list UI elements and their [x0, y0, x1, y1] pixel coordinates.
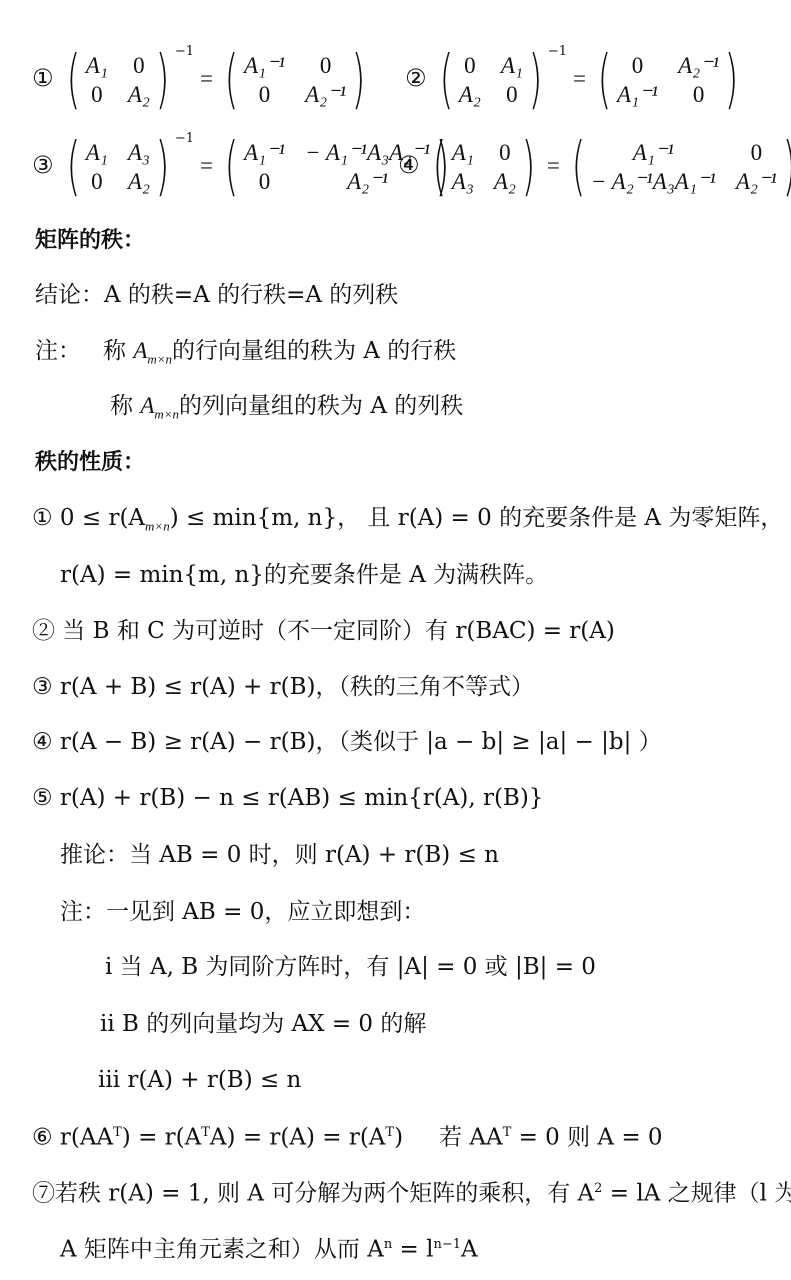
formula-2: ② ( 0A₁ A₂0 )−1=( 0A₂⁻¹ A₁⁻¹0 ): [405, 48, 744, 112]
formula-3: ③ ( A₁A₃ 0A₂ )−1=( A₁⁻¹− A₁⁻¹A₃A₂⁻¹ 0A₂⁻…: [32, 135, 455, 199]
property-1: ① 0 ≤ r(Am×n) ≤ min{m, n}， 且 r(A) = 0 的充…: [32, 507, 783, 533]
note-item-iii: iii r(A) + r(B) ≤ n: [98, 1069, 301, 1092]
note-item-i: i 当 A, B 为同阶方阵时，有 |A| = 0 或 |B| = 0: [105, 956, 596, 979]
matrix: ( A₁0 0A₂ ): [61, 48, 175, 112]
property-2: ② 当 B 和 C 为可逆时（不一定同阶）有 r(BAC) = r(A): [32, 620, 615, 643]
property-6: ⑥ r(AAT) = r(ATA) = r(A) = r(AT)若 AAT = …: [32, 1126, 663, 1150]
rank-note-2: 称 Am×n的列向量组的秩为 A 的列秩: [110, 394, 463, 421]
property-7: ⑦若秩 r(A) = 1, 则 A 可分解为两个矩阵的乘积，有 A2 = lA …: [32, 1182, 791, 1206]
property-7-cont: A 矩阵中主角元素之和）从而 An = ln−1A: [60, 1238, 478, 1262]
section-heading-rank: 矩阵的秩：: [35, 230, 145, 252]
formula-4: ④ ( A₁0 A₃A₂ )=( A₁⁻¹0 − A₂⁻¹A₃A₁⁻¹A₂⁻¹ …: [398, 135, 791, 199]
rank-note-1: 注：称 Am×n的行向量组的秩为 A 的行秩: [35, 339, 456, 366]
corollary: 推论：当 AB = 0 时，则 r(A) + r(B) ≤ n: [60, 844, 499, 867]
property-5: ⑤ r(A) + r(B) − n ≤ r(AB) ≤ min{r(A), r(…: [32, 787, 543, 810]
note-item-ii: ii B 的列向量均为 AX = 0 的解: [100, 1013, 426, 1036]
property-4: ④ r(A − B) ≥ r(A) − r(B)，（类似于 |a − b| ≥ …: [32, 731, 662, 754]
formula-1: ① ( A₁0 0A₂ )−1=( A₁⁻¹0 0A₂⁻¹ ): [32, 48, 371, 112]
section-heading-properties: 秩的性质：: [35, 452, 145, 474]
rank-conclusion: 结论：A 的秩=A 的行秩=A 的列秩: [35, 284, 398, 307]
property-3: ③ r(A + B) ≤ r(A) + r(B)，（秩的三角不等式）: [32, 676, 534, 699]
property-1-cont: r(A) = min{m, n}的充要条件是 A 为满秩阵。: [60, 564, 548, 587]
note: 注：一见到 AB = 0，应立即想到：: [60, 901, 425, 924]
